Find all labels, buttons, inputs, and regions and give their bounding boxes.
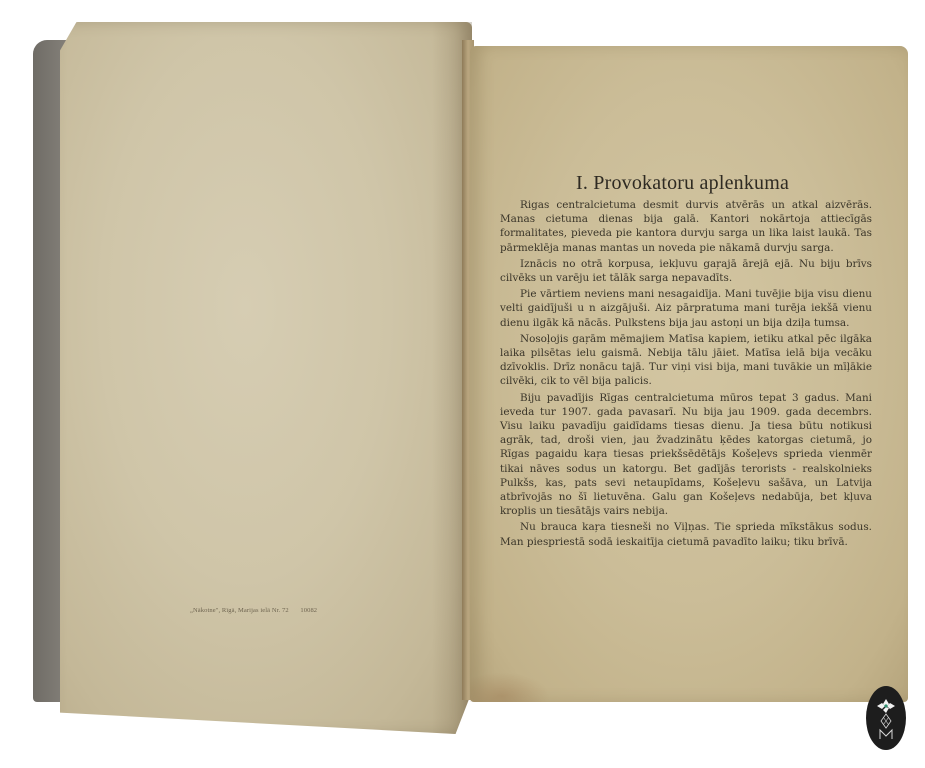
paragraph: Nosoļojis gaŗām mēmajiem Matīsa kapiem, … xyxy=(500,332,872,389)
printer-imprint: „Nākotne", Rīgā, Marijas ielā Nr. 72 100… xyxy=(190,607,317,614)
imprint-number: 10082 xyxy=(300,607,317,614)
paragraph: Nu brauca kaŗa tiesneši no Viļņas. Tie s… xyxy=(500,520,872,548)
diamond-ornament-m-logo-icon xyxy=(871,693,901,743)
watermark-logo xyxy=(866,686,906,750)
paragraph: Iznācis no otrā korpusa, iekļuvu gaŗajā … xyxy=(500,257,872,285)
left-page: „Nākotne", Rīgā, Marijas ielā Nr. 72 100… xyxy=(60,22,472,734)
chapter-body: Rigas centralcietuma desmit durvis atvēr… xyxy=(500,198,872,551)
paper-stain xyxy=(470,672,550,702)
paragraph: Rigas centralcietuma desmit durvis atvēr… xyxy=(500,198,872,255)
open-book-photo: „Nākotne", Rīgā, Marijas ielā Nr. 72 100… xyxy=(0,0,925,768)
paragraph: Biju pavadījis Rīgas centralcietuma mūro… xyxy=(500,391,872,519)
chapter-title: I. Provokatoru aplenkuma xyxy=(576,172,789,195)
paragraph: Pie vārtiem neviens mani nesagaidīja. Ma… xyxy=(500,287,872,330)
imprint-text: „Nākotne", Rīgā, Marijas ielā Nr. 72 xyxy=(190,607,289,614)
right-page: I. Provokatoru aplenkuma Rigas centralci… xyxy=(470,46,908,702)
